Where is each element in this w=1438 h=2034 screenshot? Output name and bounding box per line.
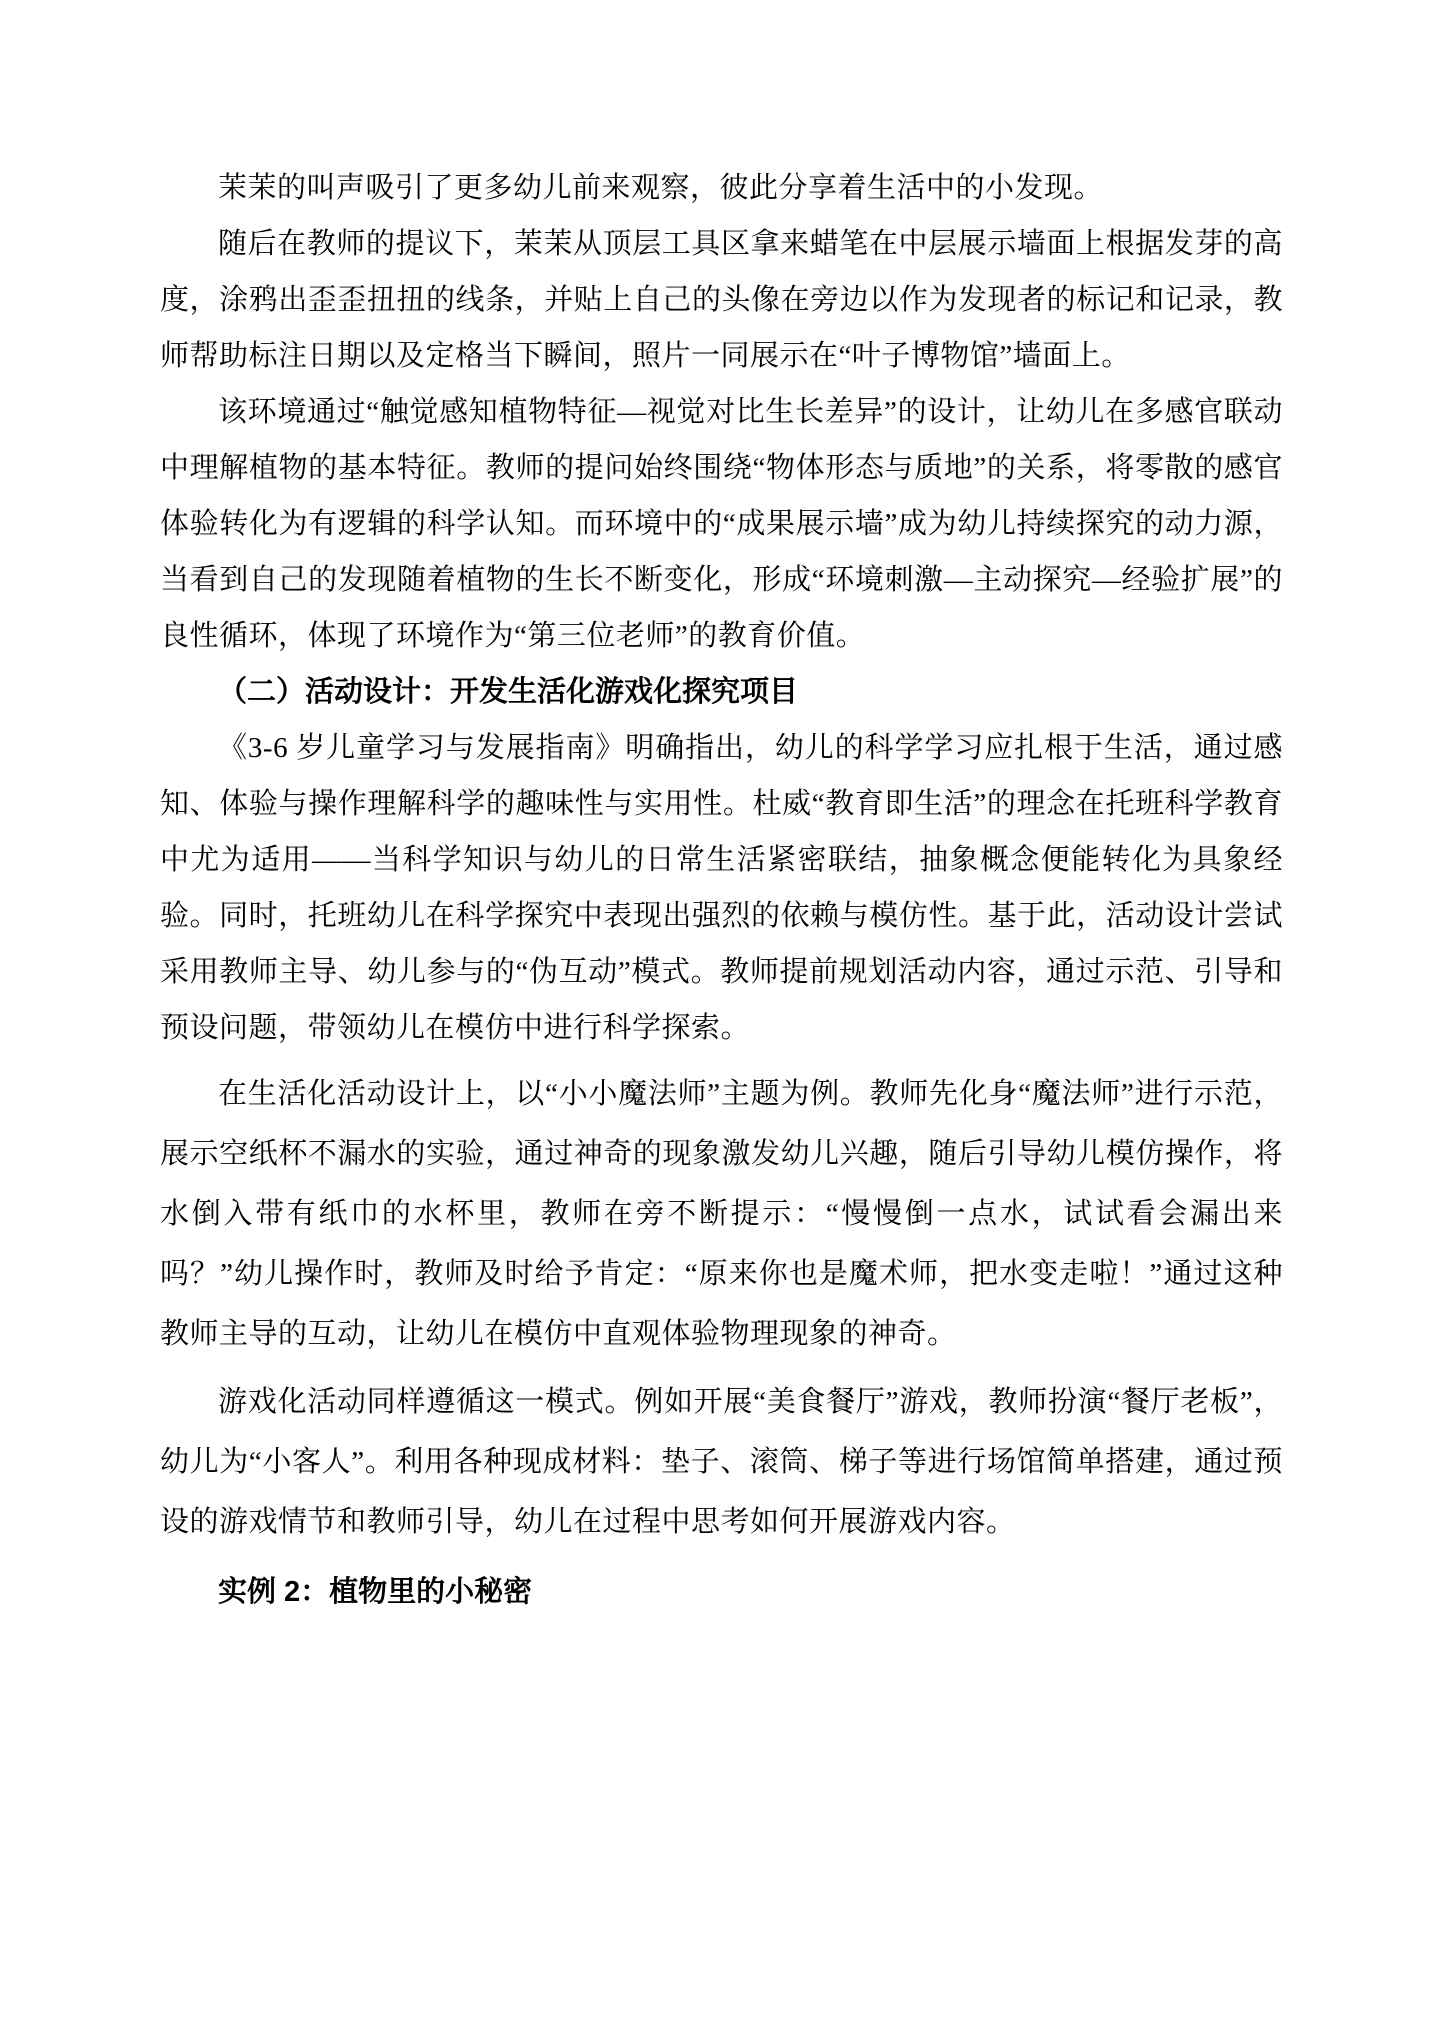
paragraph-guideline-theory: 《3-6 岁儿童学习与发展指南》明确指出，幼儿的科学学习应扎根于生活，通过感知、… (160, 720, 1283, 1056)
example-heading-plant-secret: 实例 2：植物里的小秘密 (160, 1564, 1283, 1620)
document-page: 茉茉的叫声吸引了更多幼儿前来观察，彼此分享着生活中的小发现。 随后在教师的提议下… (0, 0, 1438, 2034)
paragraph-observation: 茉茉的叫声吸引了更多幼儿前来观察，彼此分享着生活中的小发现。 (160, 160, 1283, 216)
paragraph-teacher-suggestion: 随后在教师的提议下，茉茉从顶层工具区拿来蜡笔在中层展示墙面上根据发芽的高度，涂鸦… (160, 216, 1283, 384)
document-content: 茉茉的叫声吸引了更多幼儿前来观察，彼此分享着生活中的小发现。 随后在教师的提议下… (160, 160, 1283, 1620)
paragraph-environment-design: 该环境通过“触觉感知植物特征—视觉对比生长差异”的设计，让幼儿在多感官联动中理解… (160, 384, 1283, 664)
paragraph-restaurant-game: 游戏化活动同样遵循这一模式。例如开展“美食餐厅”游戏，教师扮演“餐厅老板”，幼儿… (160, 1372, 1283, 1552)
paragraph-magician-example: 在生活化活动设计上，以“小小魔法师”主题为例。教师先化身“魔法师”进行示范，展示… (160, 1064, 1283, 1364)
section-heading-activity-design: （二）活动设计：开发生活化游戏化探究项目 (160, 664, 1283, 720)
